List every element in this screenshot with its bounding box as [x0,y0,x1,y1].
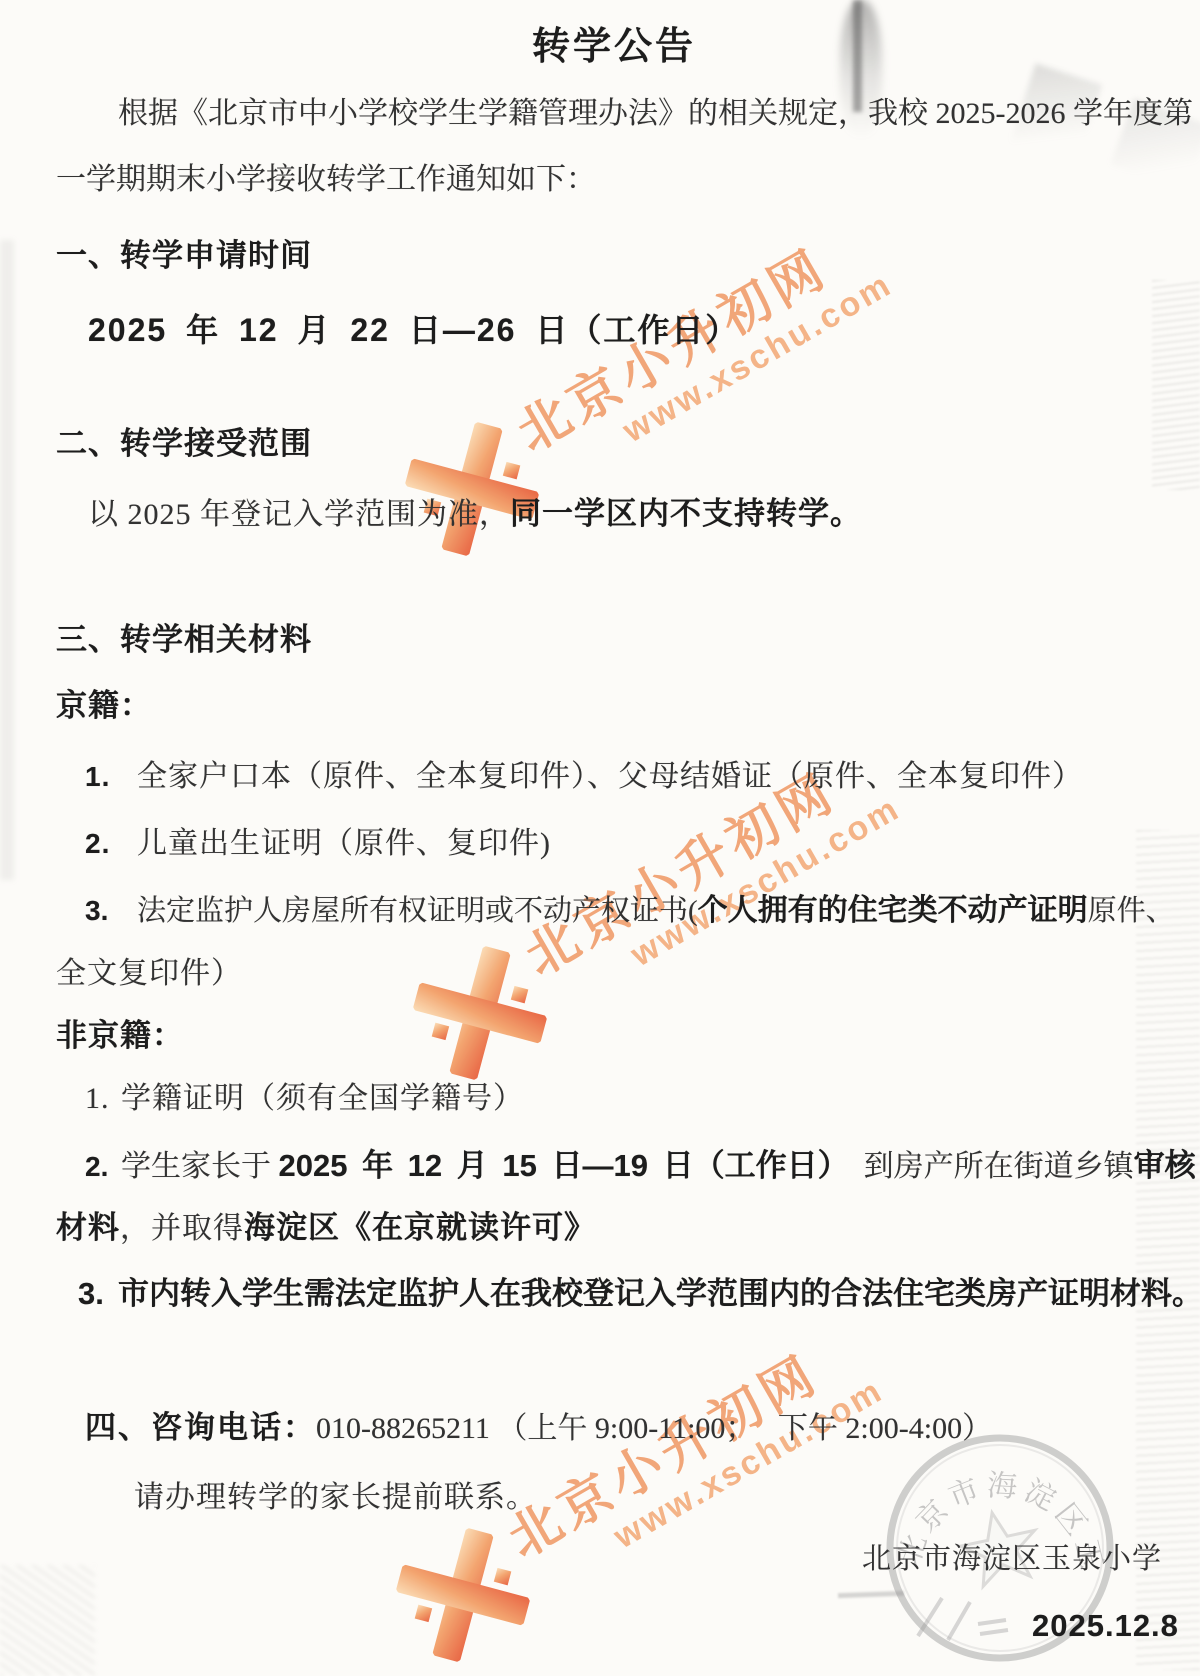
scan-smudge-top-core [853,0,862,112]
watermark-url: www.xschu.com [626,791,906,973]
item-text: 儿童出生证明（原件、复印件) [137,827,551,860]
cont-bold-2: 海淀区《在京就读许可》 [244,1210,596,1245]
item-text: 学籍证明（须有全国学籍号） [121,1082,524,1115]
section2-body: 以 2025 年登记入学范围为准，同一学区内不支持转学。 [88,496,862,533]
item-number: 1. [85,1082,121,1117]
section2-body-regular: 以 2025 年登记入学范围为准， [88,498,510,531]
scan-texture-bottom-left [0,1565,95,1676]
section3-heading: 三、转学相关材料 [56,622,312,658]
scan-streak-left [0,240,14,880]
scan-pencil-mark [838,1591,904,1598]
item-date-bold: 2025 年 12 月 15 日—19 日（工作日） [279,1148,849,1183]
item-text-regular-2: 原件、 [1088,895,1175,927]
xschu-x-logo-icon [388,1520,538,1670]
section2-heading: 二、转学接受范围 [56,426,312,462]
section1-heading: 一、转学申请时间 [56,238,312,274]
watermark-text: 北京小升初网 www.xschu.com [500,1322,889,1600]
item-number: 3. [85,895,137,927]
cont-regular: ，并取得 [120,1212,244,1245]
feijingji-label: 非京籍： [56,1018,184,1054]
feijingji-item-1: 1.学籍证明（须有全国学籍号） [85,1082,524,1117]
jingji-item-2: 2.儿童出生证明（原件、复印件) [85,827,551,862]
jingji-item-1: 1.全家户口本（原件、全本复印件）、父母结婚证（原件、全本复印件） [85,760,1083,795]
jingji-item-3-continued: 全文复印件） [56,957,242,992]
jingji-label: 京籍： [56,688,152,724]
item-text: 市内转入学生需法定监护人在我校登记入学范围内的合法住宅类房产证明材料。 [118,1276,1200,1311]
item-number: 3. [78,1276,118,1312]
feijingji-item-2-continued: 材料，并取得海淀区《在京就读许可》 [56,1210,596,1247]
watermark-text: 北京小升初网 www.xschu.com [509,216,898,494]
section2-body-bold: 同一学区内不支持转学。 [510,496,862,531]
cont-bold-1: 材料 [56,1210,120,1245]
item-number: 1. [85,761,137,793]
jingji-item-3: 3.法定监护人房屋所有权证明或不动产权证书(个人拥有的住宅类不动产证明原件、 [85,894,1175,929]
feijingji-item-3: 3.市内转入学生需法定监护人在我校登记入学范围内的合法住宅类房产证明材料。 [78,1276,1200,1312]
doc-title: 转学公告 [532,26,696,70]
section4-note: 请办理转学的家长提前联系。 [134,1481,537,1516]
section1-date: 2025 年 12 月 22 日—26 日（工作日） [88,312,739,349]
item-number: 2. [85,828,137,860]
item-number: 2. [85,1151,121,1183]
item-text-bold: 审核 [1134,1148,1196,1183]
scan-texture-right-upper [1152,280,1200,490]
item-text-bold: 个人拥有的住宅类不动产证明 [698,894,1088,927]
xschu-x-logo-icon [405,938,555,1088]
xschu-x-logo-icon [397,414,547,564]
section4-phone: 010-88265211 （上午 9:00-11:00； 下午 2:00-4:0… [316,1412,992,1445]
item-text: 全家户口本（原件、全本复印件）、父母结婚证（原件、全本复印件） [137,760,1083,793]
item-text-regular-2: 到房产所在街道乡镇 [849,1150,1134,1183]
intro-line-1: 根据《北京市中小学校学生学籍管理办法》的相关规定，我校 2025-2026 学年… [118,97,1193,132]
item-text-regular: 学生家长于 [121,1150,279,1183]
item-text-regular: 法定监护人房屋所有权证明或不动产权证书( [137,895,698,927]
watermark-url: www.xschu.com [618,267,898,449]
intro-line-2: 一学期期末小学接收转学工作通知如下： [56,163,596,198]
section4-heading: 四、咨询电话： [85,1410,316,1445]
section4-line: 四、咨询电话：010-88265211 （上午 9:00-11:00； 下午 2… [85,1410,992,1447]
feijingji-item-2: 2.学生家长于 2025 年 12 月 15 日—19 日（工作日） 到房产所在… [85,1148,1196,1185]
signature-school: 北京市海淀区玉泉小学 [862,1543,1162,1576]
stamp-bottom-marks [918,1598,1008,1640]
signature-date: 2025.12.8 [1032,1608,1179,1644]
watermark-url: www.xschu.com [609,1373,889,1555]
